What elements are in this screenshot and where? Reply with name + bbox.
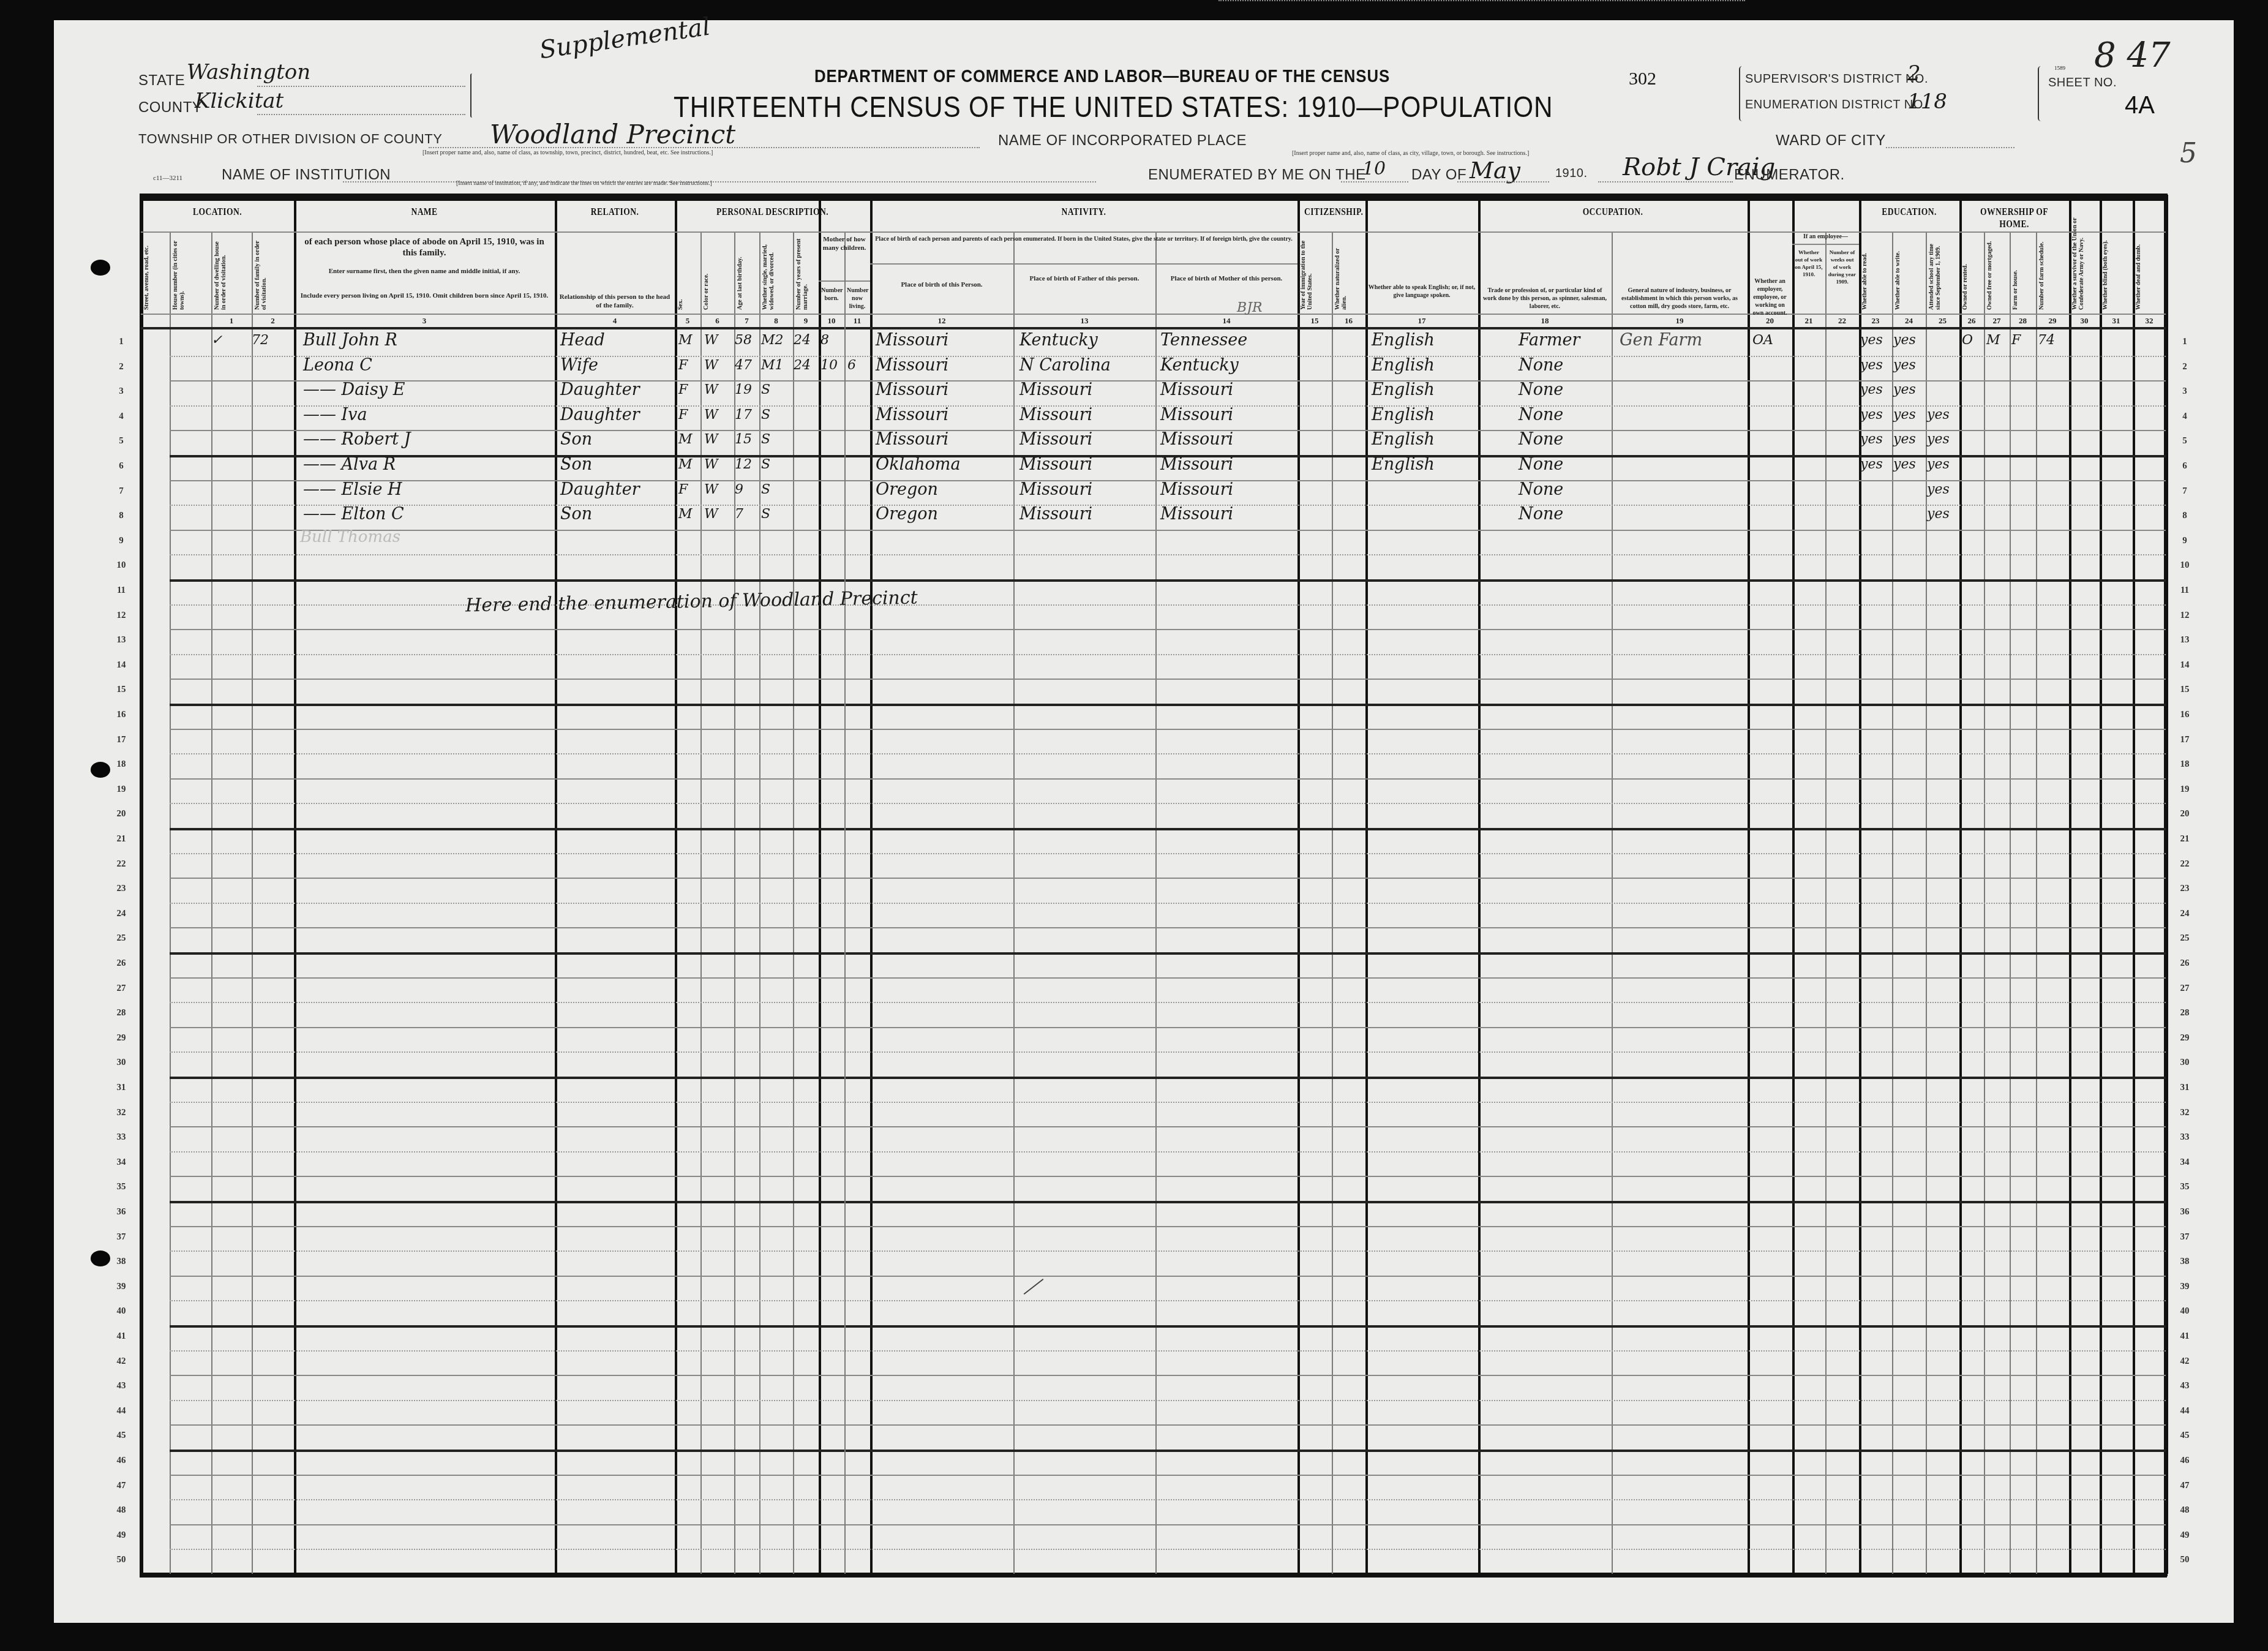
column-number: 22 — [1825, 316, 1859, 326]
line-number-left: 23 — [109, 884, 133, 894]
father-birthplace: Missouri — [1019, 427, 1092, 452]
group-location: LOCATION. — [156, 206, 279, 218]
color: W — [704, 502, 718, 527]
column-divider — [1297, 195, 1300, 1574]
can-write: yes — [1893, 378, 1916, 402]
state-line — [257, 86, 465, 87]
col-school: Attended school any time since September… — [1928, 235, 1957, 310]
col-years-married: Number of years of present marriage. — [795, 235, 816, 310]
group-education: EDUCATION. — [1869, 206, 1949, 218]
line-number-left: 33 — [109, 1132, 133, 1143]
age: 58 — [735, 328, 752, 353]
attended-school: yes — [1927, 453, 1950, 477]
column-number: 28 — [2010, 316, 2036, 326]
column-number: 25 — [1926, 316, 1959, 326]
column-number: 17 — [1365, 316, 1478, 326]
line-number-right: 19 — [2172, 784, 2197, 795]
column-number: 11 — [844, 316, 870, 326]
row-divider — [170, 853, 2166, 854]
col-family-number: Number of family in order of visitation. — [254, 235, 291, 310]
column-14-mark: BJR — [1237, 300, 1263, 315]
color: W — [704, 453, 718, 477]
row-divider — [170, 1126, 2166, 1127]
line-number-left: 18 — [109, 759, 133, 770]
line-number-right: 24 — [2172, 909, 2197, 919]
incorporated-label: NAME OF INCORPORATED PLACE — [998, 132, 1247, 149]
relation: Daughter — [560, 378, 640, 402]
line-number-right: 1 — [2172, 337, 2197, 347]
row-divider — [170, 654, 2166, 655]
age: 7 — [735, 502, 743, 527]
enumerated-label: ENUMERATED BY ME ON THE — [1148, 167, 1366, 184]
line-number-left: 10 — [109, 560, 133, 571]
can-read: yes — [1860, 353, 1883, 378]
sub-divider — [870, 263, 1297, 265]
sheet-value: 4A — [2125, 92, 2155, 119]
birthplace: Missouri — [876, 403, 948, 427]
township-label: TOWNSHIP OR OTHER DIVISION OF COUNTY — [138, 131, 442, 147]
birthplace: Oregon — [876, 478, 938, 502]
color: W — [704, 478, 718, 502]
employer-status: OA — [1752, 328, 1773, 353]
sex: M — [678, 427, 693, 452]
group-occupation: OCCUPATION. — [1505, 206, 1721, 218]
row-divider — [170, 1475, 2166, 1476]
marital-status: S — [761, 378, 770, 402]
row-divider — [170, 1350, 2166, 1352]
can-read: yes — [1860, 378, 1883, 402]
line-number-left: 25 — [109, 933, 133, 944]
line-number-right: 28 — [2172, 1008, 2197, 1018]
line-number-right: 2 — [2172, 362, 2197, 372]
farm-schedule: 74 — [2038, 328, 2055, 353]
column-divider — [675, 195, 677, 1574]
col-employer: Whether an employer, employee, or workin… — [1750, 277, 1790, 317]
marital-status: S — [761, 502, 770, 527]
row-divider — [170, 579, 2166, 582]
punch-hole — [91, 762, 110, 778]
sex: F — [678, 403, 688, 427]
birthplace: Missouri — [876, 328, 948, 353]
children-born: 8 — [820, 328, 829, 353]
mother-birthplace: Kentucky — [1160, 353, 1239, 378]
column-number: 8 — [759, 316, 793, 326]
row-divider — [170, 878, 2166, 879]
relation: Head — [560, 328, 605, 353]
can-read: yes — [1860, 328, 1883, 353]
row-divider — [170, 1400, 2166, 1401]
person-name: —— Elsie H — [303, 478, 402, 502]
row-divider — [170, 1424, 2166, 1426]
family-number: 72 — [252, 328, 269, 353]
col-name-instructions: Enter surname first, then the given name… — [296, 267, 552, 276]
column-divider — [1365, 195, 1368, 1574]
row-divider — [170, 1151, 2166, 1153]
row-divider — [170, 1102, 2166, 1103]
row-divider — [170, 1276, 2166, 1277]
line-number-left: 35 — [109, 1182, 133, 1192]
column-number: 1 — [211, 316, 252, 326]
mother-birthplace: Missouri — [1160, 427, 1233, 452]
row-divider — [170, 629, 2166, 630]
relation: Daughter — [560, 478, 640, 502]
age: 19 — [735, 378, 752, 402]
father-birthplace: Missouri — [1019, 378, 1092, 402]
column-number: 13 — [1013, 316, 1155, 326]
dwelling-number: ✓ — [211, 328, 222, 353]
line-number-left: 15 — [109, 685, 133, 695]
line-number-left: 50 — [109, 1555, 133, 1565]
group-header-divider — [141, 231, 2166, 233]
line-number-left: 34 — [109, 1157, 133, 1168]
line-number-left: 42 — [109, 1356, 133, 1367]
language: English — [1372, 427, 1435, 452]
line-number-right: 46 — [2172, 1456, 2197, 1466]
mother-birthplace: Missouri — [1160, 502, 1233, 527]
line-number-left: 6 — [109, 461, 133, 472]
ward-line — [1886, 147, 2015, 148]
color: W — [704, 378, 718, 402]
column-divider — [844, 280, 846, 1574]
enumeration-label: ENUMERATION DISTRICT NO. — [1745, 98, 1927, 112]
row-divider — [170, 1499, 2166, 1500]
line-number-right: 44 — [2172, 1406, 2197, 1416]
line-number-left: 27 — [109, 983, 133, 994]
enumerator-label: ENUMERATOR. — [1734, 167, 1845, 184]
line-number-left: 41 — [109, 1331, 133, 1342]
line-number-right: 10 — [2172, 560, 2197, 571]
line-number-right: 6 — [2172, 461, 2197, 472]
relation: Daughter — [560, 403, 640, 427]
punch-hole — [91, 260, 110, 276]
color: W — [704, 403, 718, 427]
line-number-right: 25 — [2172, 933, 2197, 944]
free-mortgaged: M — [1986, 328, 2000, 353]
row-divider — [170, 1176, 2166, 1177]
father-birthplace: N Carolina — [1019, 353, 1111, 378]
column-divider — [819, 195, 821, 1574]
row-divider — [170, 1051, 2166, 1053]
person-name: —— Iva — [303, 403, 367, 427]
col-street: Street, avenue, road, etc. — [143, 235, 167, 310]
row-divider — [170, 1077, 2166, 1079]
person-name: Leona C — [303, 353, 372, 378]
attended-school: yes — [1927, 403, 1950, 427]
trade: None — [1519, 478, 1563, 502]
line-number-right: 36 — [2172, 1207, 2197, 1217]
col-veteran: Whether a survivor of the Union or Confe… — [2071, 198, 2097, 310]
line-number-right: 17 — [2172, 735, 2197, 745]
column-divider — [1748, 195, 1750, 1574]
line-number-right: 21 — [2172, 834, 2197, 844]
row-divider — [170, 1226, 2166, 1227]
row-divider — [170, 1549, 2166, 1550]
relation: Son — [560, 427, 592, 452]
row-divider — [170, 554, 2166, 555]
sex: F — [678, 478, 688, 502]
father-birthplace: Kentucky — [1019, 328, 1098, 353]
column-number: 3 — [294, 316, 555, 326]
col-relation-desc: Relationship of this person to the head … — [557, 293, 672, 310]
column-number: 29 — [2036, 316, 2069, 326]
col-color: Color or race. — [703, 235, 732, 310]
col-owned-rented: Owned or rented. — [1962, 235, 1981, 310]
column-divider — [141, 195, 143, 1574]
sheet-stamp: 8 47 — [2094, 36, 2171, 75]
age: 15 — [735, 427, 752, 452]
county-label: COUNTY — [138, 99, 202, 116]
relation: Son — [560, 502, 592, 527]
column-divider — [2133, 195, 2135, 1574]
col-weeks-out: Number of weeks out of work during year … — [1828, 249, 1857, 285]
col-english: Whether able to speak English; or, if no… — [1368, 284, 1476, 299]
marital-status: S — [761, 478, 770, 502]
line-number-right: 40 — [2172, 1306, 2197, 1317]
line-number-right: 5 — [2172, 436, 2197, 446]
enumeration-value: 118 — [1907, 89, 1947, 114]
col-industry: General nature of industry, business, or… — [1614, 287, 1745, 310]
column-number: 23 — [1859, 316, 1892, 326]
column-divider — [1478, 195, 1481, 1574]
line-number-right: 9 — [2172, 536, 2197, 546]
row-divider — [170, 1201, 2166, 1203]
trade: None — [1519, 502, 1563, 527]
line-number-right: 34 — [2172, 1157, 2197, 1168]
marital-status: M2 — [761, 328, 784, 353]
incorporated-note: [Insert proper name and, also, name of c… — [1292, 150, 1529, 157]
birthplace: Missouri — [876, 427, 948, 452]
attended-school: yes — [1927, 427, 1950, 452]
row-divider — [170, 1250, 2166, 1252]
marital-status: S — [761, 427, 770, 452]
father-birthplace: Missouri — [1019, 502, 1092, 527]
trade: Farmer — [1519, 328, 1580, 353]
column-number: 14 — [1155, 316, 1297, 326]
line-number-left: 44 — [109, 1406, 133, 1416]
col-trade: Trade or profession of, or particular ki… — [1481, 287, 1609, 310]
line-number-right: 20 — [2172, 809, 2197, 819]
row-divider — [170, 1027, 2166, 1028]
line-number-left: 29 — [109, 1033, 133, 1044]
col-farm-house: Farm or house. — [2012, 235, 2033, 310]
row-divider — [170, 679, 2166, 680]
line-number-right: 18 — [2172, 759, 2197, 770]
col-if-employee: If an employee— — [1795, 233, 1857, 241]
children-living: 6 — [847, 353, 856, 378]
line-number-left: 31 — [109, 1083, 133, 1093]
relation: Wife — [560, 353, 598, 378]
person-name: —— Robert J — [303, 427, 411, 452]
column-number: 6 — [700, 316, 734, 326]
line-number-right: 42 — [2172, 1356, 2197, 1367]
row-divider — [170, 1325, 2166, 1328]
line-number-left: 48 — [109, 1505, 133, 1516]
group-personal-description: PERSONAL DESCRIPTION. — [694, 206, 850, 218]
line-number-left: 38 — [109, 1257, 133, 1267]
line-number-left: 1 — [109, 337, 133, 347]
line-number-right: 38 — [2172, 1257, 2197, 1267]
line-number-left: 8 — [109, 511, 133, 521]
enumerated-month: May — [1470, 157, 1520, 184]
enumerated-day: 10 — [1362, 158, 1386, 179]
language: English — [1372, 328, 1435, 353]
state-label: STATE — [138, 72, 185, 89]
group-relation: RELATION. — [567, 206, 663, 218]
line-number-left: 5 — [109, 436, 133, 446]
birthplace: Oregon — [876, 502, 938, 527]
group-citizenship: CITIZENSHIP. — [1304, 206, 1359, 218]
line-number-right: 11 — [2172, 585, 2197, 596]
line-number-left: 11 — [109, 585, 133, 596]
col-read: Whether able to read. — [1861, 235, 1890, 310]
person-name: Bull John R — [303, 328, 397, 353]
row-divider — [170, 1450, 2166, 1452]
col-immigration-year: Year of immigration to the United States… — [1300, 235, 1329, 310]
bracket — [470, 73, 474, 118]
column-divider — [1792, 195, 1795, 1574]
row-divider — [170, 903, 2166, 904]
row-divider — [170, 1300, 2166, 1301]
line-number-left: 20 — [109, 809, 133, 819]
row-divider — [170, 803, 2166, 804]
line-number-left: 24 — [109, 909, 133, 919]
col-sex: Sex. — [677, 235, 698, 310]
col-number-born: Number born. — [821, 287, 842, 303]
row-divider — [170, 729, 2166, 730]
row-divider — [170, 530, 2166, 531]
age: 17 — [735, 403, 752, 427]
sheet-label: SHEET NO. — [2048, 76, 2117, 90]
line-number-right: 43 — [2172, 1381, 2197, 1391]
census-title: THIRTEENTH CENSUS OF THE UNITED STATES: … — [674, 91, 1553, 124]
attended-school: yes — [1927, 478, 1950, 502]
line-number-left: 2 — [109, 362, 133, 372]
county-line — [257, 114, 465, 115]
line-number-left: 26 — [109, 958, 133, 969]
line-number-left: 30 — [109, 1058, 133, 1068]
person-name: —— Elton C — [303, 502, 404, 527]
line-number-right: 31 — [2172, 1083, 2197, 1093]
line-number-left: 9 — [109, 536, 133, 546]
line-number-left: 4 — [109, 412, 133, 422]
group-name: NAME — [320, 206, 529, 218]
birthplace: Missouri — [876, 378, 948, 402]
faint-erased-name: Bull Thomas — [300, 528, 400, 546]
column-divider — [2166, 195, 2168, 1574]
line-number-left: 40 — [109, 1306, 133, 1317]
col-free-mortgaged: Owned free or mortgaged. — [1986, 235, 2007, 310]
line-number-right: 37 — [2172, 1232, 2197, 1243]
line-number-right: 3 — [2172, 386, 2197, 397]
person-name: —— Daisy E — [303, 378, 405, 402]
column-number: 4 — [555, 316, 675, 326]
row-divider — [170, 1375, 2166, 1376]
sex: F — [678, 378, 688, 402]
col-farm-schedule: Number of farm schedule. — [2038, 235, 2067, 310]
department-title: DEPARTMENT OF COMMERCE AND LABOR—BUREAU … — [814, 66, 1390, 87]
bracket — [2038, 66, 2044, 121]
line-number-right: 39 — [2172, 1282, 2197, 1292]
line-number-right: 23 — [2172, 884, 2197, 894]
sex: M — [678, 453, 693, 477]
line-number-left: 12 — [109, 611, 133, 621]
line-number-right: 12 — [2172, 611, 2197, 621]
age: 12 — [735, 453, 752, 477]
column-number: 30 — [2069, 316, 2100, 326]
supervisor-value: 2 — [1907, 61, 1921, 86]
can-read: yes — [1860, 427, 1883, 452]
line-number-right: 26 — [2172, 958, 2197, 969]
line-number-right: 49 — [2172, 1530, 2197, 1541]
attended-school: yes — [1927, 502, 1950, 527]
column-number: 10 — [819, 316, 844, 326]
language: English — [1372, 453, 1435, 477]
enumerator-line — [1598, 181, 1733, 182]
father-birthplace: Missouri — [1019, 403, 1092, 427]
col-write: Whether able to write. — [1894, 235, 1923, 310]
row-divider — [170, 1524, 2166, 1525]
column-number: 9 — [793, 316, 819, 326]
stamp-number: 302 — [1629, 69, 1656, 89]
trade: None — [1519, 453, 1563, 477]
color: W — [704, 328, 718, 353]
col-dwelling-number: Number of dwelling house in order of vis… — [214, 235, 249, 310]
month-line — [1457, 181, 1549, 182]
line-number-left: 21 — [109, 834, 133, 844]
can-write: yes — [1893, 427, 1916, 452]
county-value: Klickitat — [195, 89, 283, 113]
state-value: Washington — [187, 60, 310, 85]
sub-divider — [1792, 244, 1859, 245]
mother-birthplace: Missouri — [1160, 403, 1233, 427]
farm-or-house: F — [2011, 328, 2021, 353]
row-divider — [170, 704, 2166, 706]
column-divider — [870, 195, 873, 1574]
marital-status: S — [761, 403, 770, 427]
line-number-right: 41 — [2172, 1331, 2197, 1342]
column-number: 12 — [870, 316, 1013, 326]
line-number-left: 46 — [109, 1456, 133, 1466]
line-number-left: 14 — [109, 660, 133, 671]
township-note: [Insert proper name and, also, name of c… — [422, 149, 713, 156]
can-read: yes — [1860, 453, 1883, 477]
trade: None — [1519, 427, 1563, 452]
line-number-right: 22 — [2172, 859, 2197, 870]
row-divider — [170, 1002, 2166, 1003]
ward-label: WARD OF CITY — [1776, 132, 1886, 149]
column-divider — [555, 195, 557, 1574]
bottom-border — [140, 1574, 2167, 1578]
age: 9 — [735, 478, 743, 502]
can-write: yes — [1893, 453, 1916, 477]
line-number-left: 16 — [109, 710, 133, 720]
trade: None — [1519, 353, 1563, 378]
line-number-right: 48 — [2172, 1505, 2197, 1516]
line-number-left: 3 — [109, 386, 133, 397]
trade: None — [1519, 378, 1563, 402]
form-code: c11—3211 — [153, 175, 182, 182]
column-number: 31 — [2100, 316, 2133, 326]
relation: Son — [560, 453, 592, 477]
sex: M — [678, 502, 693, 527]
line-number-right: 50 — [2172, 1555, 2197, 1565]
col-blind: Whether blind (both eyes). — [2102, 198, 2130, 310]
col-deaf: Whether deaf and dumb. — [2135, 198, 2163, 310]
line-number-left: 17 — [109, 735, 133, 745]
col-nativity-desc: Place of birth of each person and parent… — [873, 235, 1295, 243]
col-name-desc: of each person whose place of abode on A… — [296, 236, 552, 258]
col-birth-person: Place of birth of this Person. — [873, 280, 1011, 289]
